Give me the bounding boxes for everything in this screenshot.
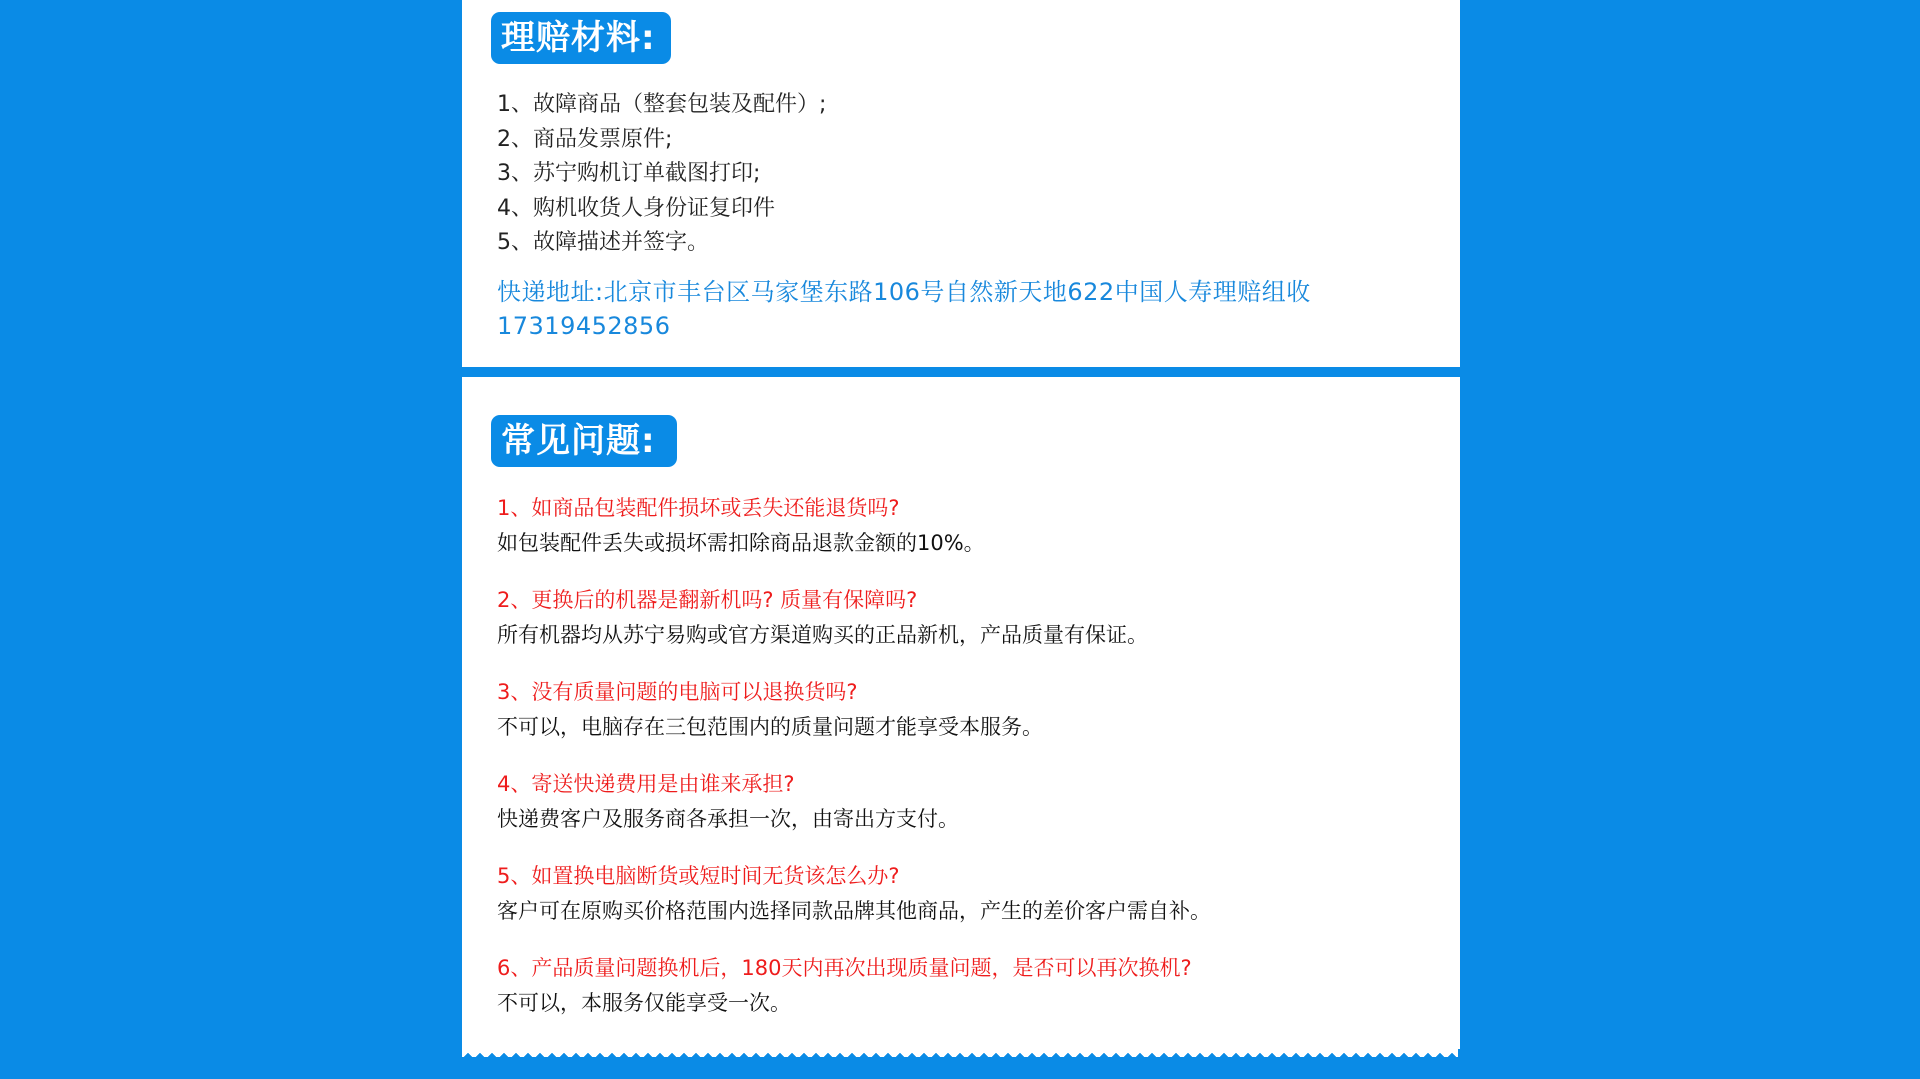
faq-answer: 不可以，本服务仅能享受一次。 <box>497 984 1447 1022</box>
claim-materials-list: 1、故障商品（整套包装及配件）; 2、商品发票原件; 3、苏宁购机订单截图打印;… <box>497 88 826 261</box>
materials-list-item: 2、商品发票原件; <box>497 123 826 158</box>
faq-answer: 如包装配件丢失或损坏需扣除商品退款金额的10%。 <box>497 524 1447 562</box>
faq-item: 3、没有质量问题的电脑可以退换货吗? 不可以，电脑存在三包范围内的质量问题才能享… <box>497 672 1447 764</box>
faq-answer: 客户可在原购买价格范围内选择同款品牌其他商品，产生的差价客户需自补。 <box>497 892 1447 930</box>
shipping-address: 快递地址:北京市丰台区马家堡东路106号自然新天地622中国人寿理赔组收 <box>497 275 1447 309</box>
faq-list: 1、如商品包装配件损坏或丢失还能退货吗? 如包装配件丢失或损坏需扣除商品退款金额… <box>497 488 1447 1040</box>
faq-question: 5、如置换电脑断货或短时间无货该怎么办? <box>497 856 1447 892</box>
faq-answer: 所有机器均从苏宁易购或官方渠道购买的正品新机，产品质量有保证。 <box>497 616 1447 654</box>
faq-item: 5、如置换电脑断货或短时间无货该怎么办? 客户可在原购买价格范围内选择同款品牌其… <box>497 856 1447 948</box>
faq-item: 2、更换后的机器是翻新机吗? 质量有保障吗? 所有机器均从苏宁易购或官方渠道购买… <box>497 580 1447 672</box>
faq-answer: 不可以，电脑存在三包范围内的质量问题才能享受本服务。 <box>497 708 1447 746</box>
faq-item: 4、寄送快递费用是由谁来承担? 快递费客户及服务商各承担一次，由寄出方支付。 <box>497 764 1447 856</box>
materials-list-item: 1、故障商品（整套包装及配件）; <box>497 88 826 123</box>
shipping-address-block: 快递地址:北京市丰台区马家堡东路106号自然新天地622中国人寿理赔组收 173… <box>497 275 1447 343</box>
materials-list-item: 3、苏宁购机订单截图打印; <box>497 157 826 192</box>
claim-materials-heading: 理赔材料: <box>491 12 671 64</box>
faq-question: 3、没有质量问题的电脑可以退换货吗? <box>497 672 1447 708</box>
faq-question: 2、更换后的机器是翻新机吗? 质量有保障吗? <box>497 580 1447 616</box>
faq-item: 1、如商品包装配件损坏或丢失还能退货吗? 如包装配件丢失或损坏需扣除商品退款金额… <box>497 488 1447 580</box>
faq-answer: 快递费客户及服务商各承担一次，由寄出方支付。 <box>497 800 1447 838</box>
materials-list-item: 4、购机收货人身份证复印件 <box>497 192 826 227</box>
faq-question: 4、寄送快递费用是由谁来承担? <box>497 764 1447 800</box>
faq-item: 6、产品质量问题换机后，180天内再次出现质量问题，是否可以再次换机? 不可以，… <box>497 948 1447 1040</box>
materials-list-item: 5、故障描述并签字。 <box>497 226 826 261</box>
faq-question: 1、如商品包装配件损坏或丢失还能退货吗? <box>497 488 1447 524</box>
faq-question: 6、产品质量问题换机后，180天内再次出现质量问题，是否可以再次换机? <box>497 948 1447 984</box>
faq-heading: 常见问题: <box>491 415 677 467</box>
contact-phone: 17319452856 <box>497 309 1447 343</box>
zigzag-edge-divider <box>462 1049 1458 1057</box>
